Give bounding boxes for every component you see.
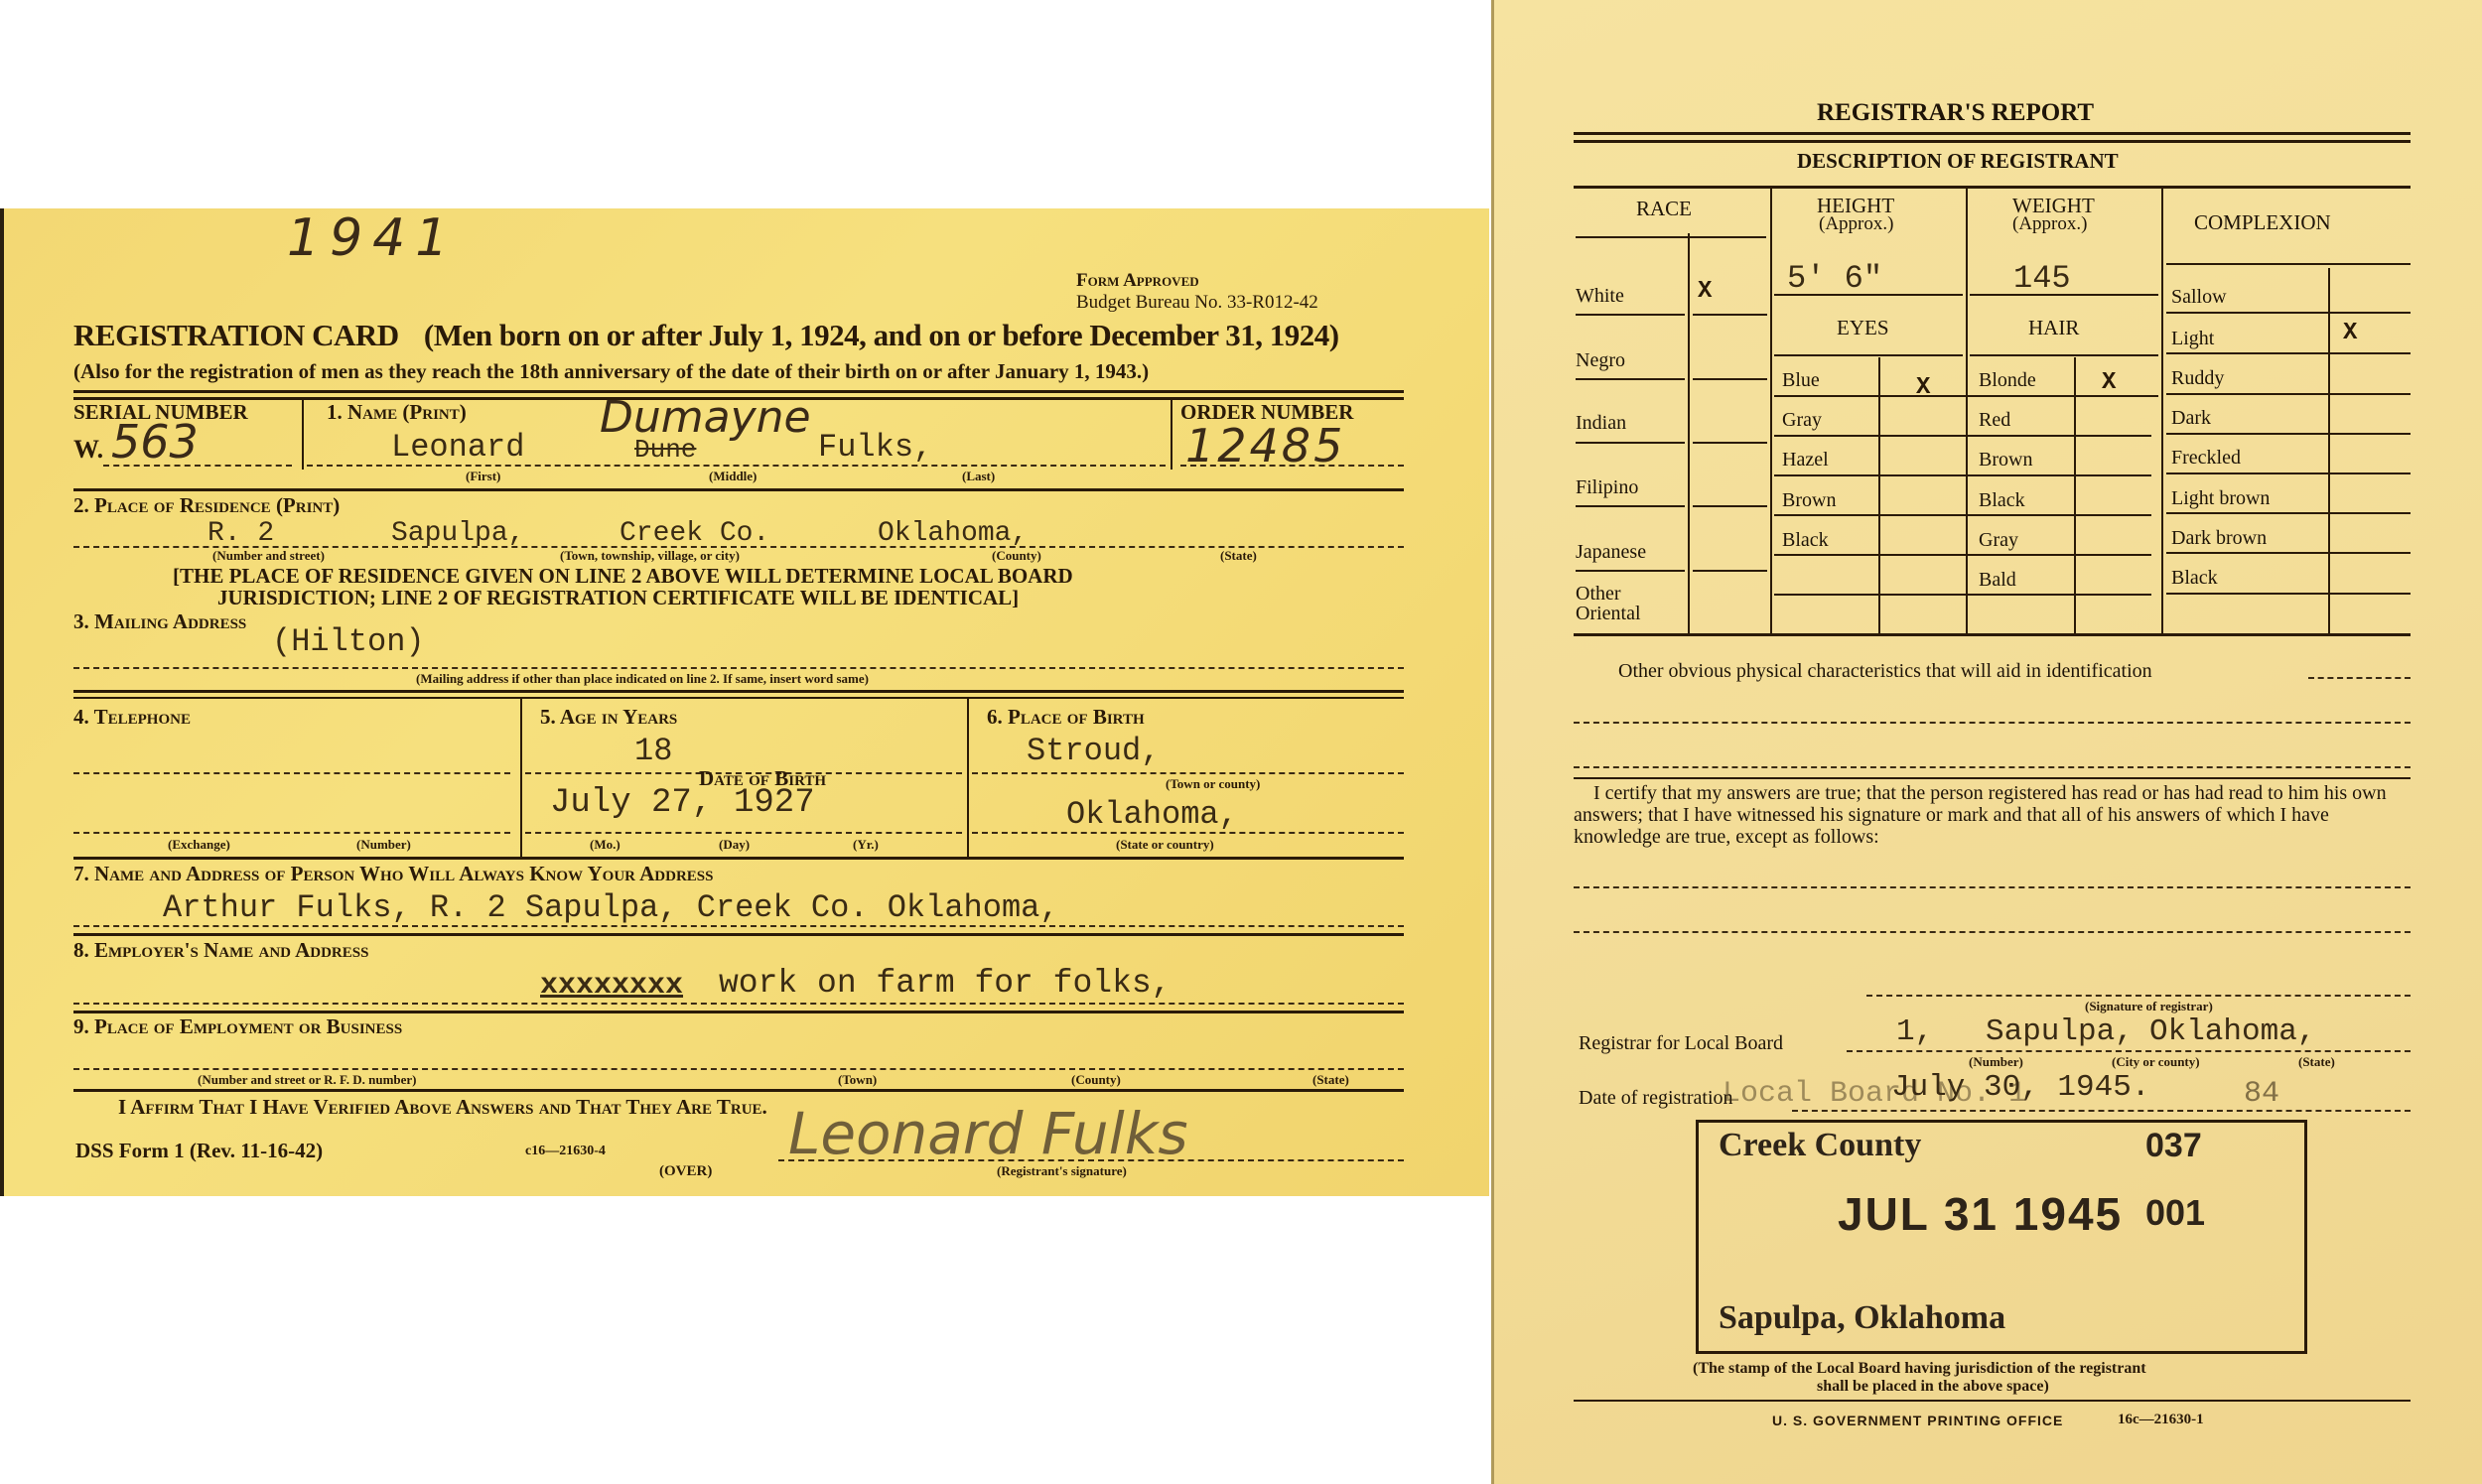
contact-value: Arthur Fulks, R. 2 Sapulpa, Creek Co. Ok… <box>163 889 1059 926</box>
employment-place-label: 9. Place of Employment or Business <box>73 1014 402 1039</box>
registrar-signature-caption: (Signature of registrar) <box>2085 999 2213 1014</box>
city-caption: (City or county) <box>2112 1054 2200 1070</box>
number-caption: (Number) <box>1969 1054 2023 1070</box>
description-title: DESCRIPTION OF REGISTRANT <box>1797 149 2119 174</box>
residence-street: R. 2 <box>207 518 274 549</box>
card-title: REGISTRATION CARD (Men born on or after … <box>73 318 1339 353</box>
race-filipino: Filipino <box>1576 476 1638 499</box>
stamp-caption-2: shall be placed in the above space) <box>1817 1378 2049 1396</box>
year-note: 1941 <box>287 208 458 268</box>
employment-state-caption: (State) <box>1312 1072 1349 1088</box>
exchange-caption: (Exchange) <box>168 837 230 853</box>
hair-blonde-mark: X <box>2102 369 2116 396</box>
eyes-header: EYES <box>1837 316 1889 340</box>
registrant-signature: Leonard Fulks <box>788 1100 1188 1167</box>
weight-sub: (Approx.) <box>2012 213 2087 235</box>
first-caption: (First) <box>466 469 500 484</box>
town-caption: (Town, township, village, or city) <box>560 548 740 564</box>
day-caption: (Day) <box>719 837 750 853</box>
eyes-brown: Brown <box>1782 489 1836 512</box>
mo-caption: (Mo.) <box>590 837 620 853</box>
registrar-local-board-label: Registrar for Local Board <box>1579 1032 1783 1055</box>
overprint-number: 84 <box>2244 1077 2279 1111</box>
over-note: (OVER) <box>659 1163 712 1180</box>
yr-caption: (Yr.) <box>853 837 879 853</box>
name-label: 1. Name (Print) <box>327 400 467 425</box>
date-of-registration-value: July 30, 1945. <box>1891 1070 2149 1105</box>
hair-header: HAIR <box>2028 316 2079 340</box>
print-code: c16—21630-4 <box>525 1144 606 1159</box>
dob-year: 1927 <box>734 784 815 822</box>
residence-state: Oklahoma, <box>878 518 1028 549</box>
complexion-light: Light <box>2171 328 2214 350</box>
signature-caption: (Registrant's signature) <box>997 1163 1127 1179</box>
title-sub: (Men born on or after July 1, 1924, and … <box>424 318 1339 352</box>
registrar-report-title: REGISTRAR'S REPORT <box>1817 99 2094 127</box>
mailing-caption: (Mailing address if other than place ind… <box>416 671 869 687</box>
height-value: 5' 6" <box>1787 260 1882 297</box>
number-caption: (Number) <box>356 837 411 853</box>
employer-label: 8. Employer's Name and Address <box>73 938 368 963</box>
street-caption: (Number and street) <box>212 548 325 564</box>
registrar-state: Oklahoma, <box>2149 1014 2315 1049</box>
complexion-light-brown: Light brown <box>2171 487 2270 510</box>
complexion-black: Black <box>2171 567 2218 590</box>
race-header: RACE <box>1636 197 1692 221</box>
race-white-mark: X <box>1698 278 1712 305</box>
telephone-label: 4. Telephone <box>73 705 191 730</box>
town-or-county-caption: (Town or county) <box>1166 776 1260 792</box>
card-subtitle: (Also for the registration of men as the… <box>73 359 1149 384</box>
mailing-value: (Hilton) <box>272 623 425 660</box>
hair-red: Red <box>1979 409 2010 432</box>
other-characteristics-label: Other obvious physical characteristics t… <box>1618 660 2152 683</box>
age-value: 18 <box>634 733 672 769</box>
stamp-county: Creek County <box>1719 1127 1921 1164</box>
complexion-ruddy: Ruddy <box>2171 367 2224 390</box>
employment-town-caption: (Town) <box>838 1072 877 1088</box>
hair-brown: Brown <box>1979 449 2032 472</box>
printer-name: U. S. GOVERNMENT PRINTING OFFICE <box>1772 1413 2063 1428</box>
race-other-oriental: Other Oriental <box>1576 584 1685 623</box>
height-sub: (Approx.) <box>1819 213 1893 235</box>
form-id: DSS Form 1 (Rev. 11-16-42) <box>75 1139 323 1163</box>
last-name: Fulks, <box>818 429 932 466</box>
registration-card-front: 1941 Form Approved Budget Bureau No. 33-… <box>0 208 1489 1196</box>
hair-black: Black <box>1979 489 2025 512</box>
affirm-statement: I Affirm That I Have Verified Above Answ… <box>118 1095 767 1120</box>
registration-card-back: REGISTRAR'S REPORT DESCRIPTION OF REGIST… <box>1491 0 2482 1484</box>
state-or-country-caption: (State or country) <box>1116 837 1214 853</box>
contact-label: 7. Name and Address of Person Who Will A… <box>73 862 713 886</box>
stamp-code-2: 001 <box>2145 1192 2205 1234</box>
complexion-header: COMPLEXION <box>2194 210 2331 235</box>
age-label: 5. Age in Years <box>540 705 677 730</box>
birthplace-state: Oklahoma, <box>1066 796 1238 833</box>
employment-street-caption: (Number and street or R. F. D. number) <box>198 1072 417 1088</box>
eyes-black: Black <box>1782 529 1829 552</box>
stamp-caption-1: (The stamp of the Local Board having jur… <box>1693 1360 2146 1378</box>
birthplace-label: 6. Place of Birth <box>987 705 1145 730</box>
serial-number-value: 563 <box>111 415 199 469</box>
state-caption: (State) <box>1220 548 1257 564</box>
weight-value: 145 <box>2013 260 2071 297</box>
form-approved: Form Approved <box>1076 270 1199 292</box>
registrar-board-number: 1, <box>1896 1014 1933 1049</box>
employer-value: work on farm for folks, <box>719 965 1171 1002</box>
complexion-dark-brown: Dark brown <box>2171 527 2267 550</box>
middle-caption: (Middle) <box>709 469 757 484</box>
first-name: Leonard <box>391 429 524 466</box>
eyes-hazel: Hazel <box>1782 449 1829 472</box>
residence-notice-2: JURISDICTION; LINE 2 OF REGISTRATION CER… <box>217 586 1019 610</box>
race-japanese: Japanese <box>1576 541 1646 564</box>
stamp-code-1: 037 <box>2145 1127 2202 1165</box>
complexion-dark: Dark <box>2171 407 2211 430</box>
local-board-stamp: Creek County 037 JUL 31 1945 001 Sapulpa… <box>1696 1120 2307 1354</box>
employment-county-caption: (County) <box>1071 1072 1121 1088</box>
date-of-registration-label: Date of registration <box>1579 1087 1733 1110</box>
serial-prefix: W. <box>73 435 103 465</box>
county-caption: (County) <box>992 548 1041 564</box>
hair-bald: Bald <box>1979 569 2016 592</box>
complexion-freckled: Freckled <box>2171 447 2241 470</box>
residence-county: Creek Co. <box>620 518 769 549</box>
hair-blonde: Blonde <box>1979 369 2036 392</box>
certify-statement: I certify that my answers are true; that… <box>1574 782 2411 848</box>
last-caption: (Last) <box>962 469 995 484</box>
employer-struck: xxxxxxxx <box>540 969 683 1003</box>
registrar-city: Sapulpa, <box>1986 1014 2134 1049</box>
middle-name-handwritten: Dumayne <box>600 392 811 443</box>
race-indian: Indian <box>1576 412 1626 435</box>
residence-label: 2. Place of Residence (Print) <box>73 493 340 518</box>
hair-gray: Gray <box>1979 529 2018 552</box>
birthplace-town: Stroud, <box>1027 733 1160 769</box>
budget-bureau: Budget Bureau No. 33-R012-42 <box>1076 292 1318 314</box>
title-text: REGISTRATION CARD <box>73 318 399 352</box>
eyes-blue: Blue <box>1782 369 1820 392</box>
state-caption-back: (State) <box>2298 1054 2335 1070</box>
dob-month-day: July 27, <box>550 784 712 822</box>
residence-town: Sapulpa, <box>391 518 524 549</box>
complexion-sallow: Sallow <box>2171 286 2227 309</box>
mailing-label: 3. Mailing Address <box>73 609 246 634</box>
stamp-date: JUL 31 1945 <box>1838 1187 2123 1241</box>
printer-code: 16c—21630-1 <box>2118 1412 2204 1428</box>
complexion-light-mark: X <box>2343 320 2357 346</box>
race-white: White <box>1576 285 1624 308</box>
race-negro: Negro <box>1576 349 1625 372</box>
eyes-gray: Gray <box>1782 409 1822 432</box>
stamp-city: Sapulpa, Oklahoma <box>1719 1299 2005 1337</box>
